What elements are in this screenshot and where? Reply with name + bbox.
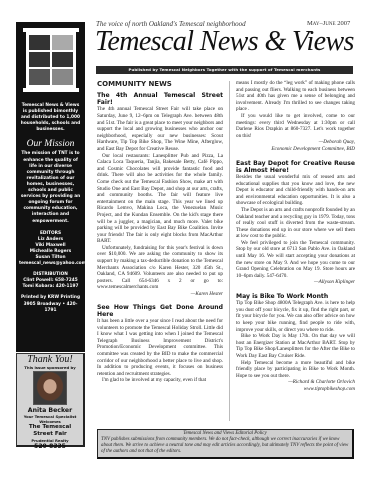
sponsored-by: This issue sponsored by	[17, 365, 83, 370]
article-paragraph: We feel privileged to join the Temescal …	[236, 240, 355, 280]
article-paragraph: If you would like to get involved, come …	[236, 113, 355, 139]
section-title: COMMUNITY NEWS	[97, 80, 223, 89]
sponsor-event-line1: The Temescal	[17, 424, 83, 431]
article-paragraph: Our local restaurants: Lanesplitter Pub …	[97, 153, 223, 245]
editors-email-link[interactable]: temescal_news@yahoo.com	[16, 261, 85, 267]
article-signature: —Allyson Kiplinger	[236, 279, 355, 286]
article-signature: —Karen Hester	[97, 291, 223, 298]
article-headline: May is Bike To Work Month	[236, 293, 355, 300]
article-paragraph: Unfortunately, fundraising for this year…	[97, 245, 223, 291]
sponsor-photo	[33, 371, 67, 405]
article-paragraph: means I mostly do the “leg work” of maki…	[236, 80, 355, 113]
mission-text: The mission of TNT is to enhance the qua…	[16, 151, 85, 224]
mission-title: Our Mission	[16, 139, 85, 149]
article-headline: See How Things Get Done Around Here	[97, 304, 223, 318]
article-paragraph: Help Temescal become a more beautiful an…	[236, 360, 355, 380]
article-headline: The 4th Annual Temescal Street Fair!	[97, 92, 223, 106]
policy-text: TNV publishes submissions from community…	[101, 437, 349, 455]
sidebar: Temescal News & Views is published bimon…	[16, 22, 85, 352]
column-right: means I mostly do the “leg work” of maki…	[236, 80, 355, 393]
website-link[interactable]: www.tiptopbikeshop.com	[236, 386, 355, 393]
sidebar-intro: Temescal News & Views is published bimon…	[16, 103, 85, 133]
article-paragraph: The Depot is an arts and crafts nonprofi…	[236, 207, 355, 240]
sponsor-phone: 520-8335	[17, 443, 83, 451]
window-logo-icon	[23, 28, 79, 96]
article-paragraph: Tip Top Bike Shop 4800A Telegraph Ave. i…	[236, 300, 355, 333]
article-signature: —Richard & Charlotte Orlovich	[236, 379, 355, 386]
article-paragraph: Besides the usual wonderful mix of reuse…	[236, 174, 355, 207]
article-paragraph: I'm glad to be involved at my capacity, …	[97, 377, 223, 384]
article-signature-affiliation: Economic Development Committee, BID	[236, 146, 355, 153]
editorial-policy-box: Temescal News and Views Editorial Policy…	[97, 429, 354, 459]
sponsor-box: Thank You! This issue sponsored by Anita…	[16, 353, 85, 447]
printer-line: Printed by KRW Printing	[16, 295, 85, 301]
column-left: COMMUNITY NEWS The 4th Annual Temescal S…	[97, 80, 223, 384]
sponsor-name: Anita Becker	[17, 407, 83, 414]
publisher-bar: Published by Temescal Neighbors Together…	[96, 66, 353, 74]
article-signature: —Deborah Quay,	[236, 139, 355, 146]
distribution-contact: Tomi Kobara: 420-1197	[16, 284, 85, 290]
article-headline: East Bay Depot for Creative Reuse is Alm…	[236, 160, 355, 174]
article-paragraph: The 4th annual Temescal Street Fair will…	[97, 106, 223, 152]
thank-you-heading: Thank You!	[17, 354, 83, 365]
printer-address: 3905 Broadway • 420-1791	[16, 302, 85, 314]
article-paragraph: Bike to Work Day is May 17th. On that da…	[236, 333, 355, 359]
article-paragraph: It has been a little over a year since I…	[97, 318, 223, 377]
sponsor-event-line2: Street Fair	[17, 431, 83, 438]
column-divider	[229, 81, 230, 421]
newsletter-title: Temescal News & Views	[95, 28, 354, 56]
